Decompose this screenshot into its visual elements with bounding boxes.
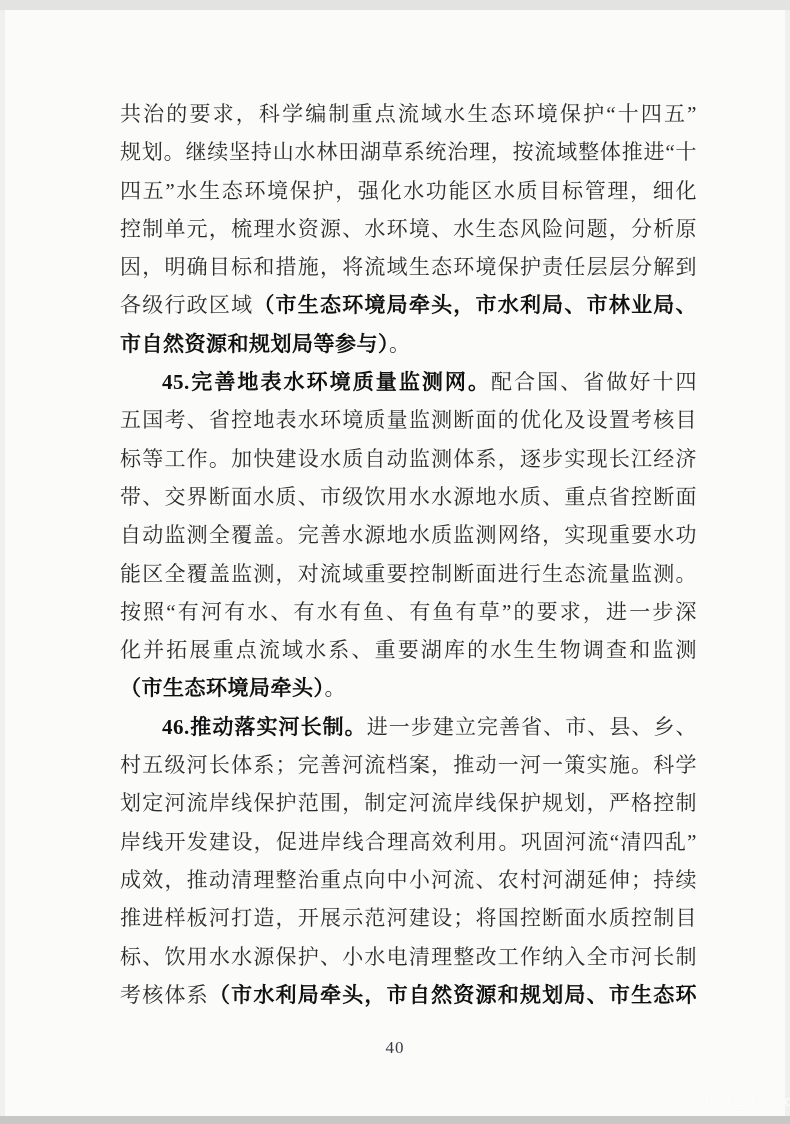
text-segment: 四五”水生态环境保护，强化水功能区水质目标管理，细化: [120, 179, 697, 203]
page-frame-bottom: [0, 1116, 790, 1124]
page-frame-left: [0, 10, 5, 1116]
text-segment: 带、交界断面水质、市级饮用水水源地水质、重点省控断面: [120, 485, 697, 509]
text-segment: 五国考、省控地表水环境质量监测断面的优化及设置考核目: [120, 408, 697, 432]
bold-text-segment: 45.完善地表水环境质量监测网。: [162, 370, 491, 394]
text-line: 能区全覆盖监测，对流域重要控制断面进行生态流量监测。: [120, 555, 697, 593]
text-line: 成效，推动清理整治重点向中小河流、农村河湖延伸；持续: [120, 861, 697, 899]
text-segment: 控制单元，梳理水资源、水环境、水生态风险问题，分析原: [120, 217, 697, 241]
text-line: 五国考、省控地表水环境质量监测断面的优化及设置考核目: [120, 401, 697, 439]
page-number: 40: [0, 1038, 790, 1058]
text-segment: 能区全覆盖监测，对流域重要控制断面进行生态流量监测。: [120, 562, 697, 586]
text-segment: 标、饮用水水源保护、小水电清理整改工作纳入全市河长制: [120, 945, 697, 969]
text-line: 因，明确目标和措施，将流域生态环境保护责任层层分解到: [120, 248, 697, 286]
text-segment: 推进样板河打造，开展示范河建设；将国控断面水质控制目: [120, 906, 697, 930]
bold-text-segment: （市生态环境局牵头）: [120, 676, 325, 700]
text-line: 控制单元，梳理水资源、水环境、水生态风险问题，分析原: [120, 210, 697, 248]
bold-text-segment: 市自然资源和规划局等参与）: [120, 332, 389, 356]
text-line: 自动监测全覆盖。完善水源地水质监测网络，实现重要水功: [120, 516, 697, 554]
page-frame-top: [0, 0, 790, 10]
text-line: 考核体系（市水利局牵头，市自然资源和规划局、市生态环: [120, 976, 697, 1014]
text-line: 岸线开发建设，促进岸线合理高效利用。巩固河流“清四乱”: [120, 823, 697, 861]
text-segment: 按照“有河有水、有水有鱼、有鱼有草”的要求，进一步深: [120, 600, 697, 624]
text-line: 45.完善地表水环境质量监测网。配合国、省做好十四: [120, 363, 697, 401]
text-line: （市生态环境局牵头）。: [120, 669, 697, 707]
text-line: 推进样板河打造，开展示范河建设；将国控断面水质控制目: [120, 899, 697, 937]
text-segment: 。: [325, 676, 347, 700]
text-segment: 共治的要求，科学编制重点流域水生态环境保护“十四五”: [120, 102, 697, 126]
text-segment: 化并拓展重点流域水系、重要湖库的水生生物调查和监测: [120, 638, 697, 662]
text-line: 46.推动落实河长制。进一步建立完善省、市、县、乡、: [120, 708, 697, 746]
text-line: 标、饮用水水源保护、小水电清理整改工作纳入全市河长制: [120, 938, 697, 976]
text-segment: 规划。继续坚持山水林田湖草系统治理，按流域整体推进“十: [120, 140, 697, 164]
text-line: 标等工作。加快建设水质自动监测体系，逐步实现长江经济: [120, 440, 697, 478]
text-line: 化并拓展重点流域水系、重要湖库的水生生物调查和监测: [120, 631, 697, 669]
text-line: 市自然资源和规划局等参与）。: [120, 325, 697, 363]
text-segment: 配合国、省做好十四: [491, 370, 697, 394]
text-line: 各级行政区域（市生态环境局牵头，市水利局、市林业局、: [120, 286, 697, 324]
text-segment: 进一步建立完善省、市、县、乡、: [367, 715, 697, 739]
text-segment: 成效，推动清理整治重点向中小河流、农村河湖延伸；持续: [120, 868, 697, 892]
text-line: 规划。继续坚持山水林田湖草系统治理，按流域整体推进“十: [120, 133, 697, 171]
text-segment: 村五级河长体系；完善河流档案，推动一河一策实施。科学: [120, 753, 697, 777]
text-segment: 岸线开发建设，促进岸线合理高效利用。巩固河流“清四乱”: [120, 830, 697, 854]
text-line: 村五级河长体系；完善河流档案，推动一河一策实施。科学: [120, 746, 697, 784]
bold-text-segment: （市生态环境局牵头，市水利局、市林业局、: [253, 293, 697, 317]
text-line: 按照“有河有水、有水有鱼、有鱼有草”的要求，进一步深: [120, 593, 697, 631]
text-line: 划定河流岸线保护范围，制定河流岸线保护规划，严格控制: [120, 784, 697, 822]
text-segment: 划定河流岸线保护范围，制定河流岸线保护规划，严格控制: [120, 791, 697, 815]
bold-text-segment: （市水利局牵头，市自然资源和规划局、市生态环: [209, 983, 697, 1007]
bold-text-segment: 46.推动落实河长制。: [162, 715, 367, 739]
text-segment: 自动监测全覆盖。完善水源地水质监测网络，实现重要水功: [120, 523, 697, 547]
watermark-text: dniii.co: [700, 1094, 790, 1111]
text-segment: 标等工作。加快建设水质自动监测体系，逐步实现长江经济: [120, 447, 697, 471]
text-segment: 。: [389, 332, 411, 356]
text-line: 带、交界断面水质、市级饮用水水源地水质、重点省控断面: [120, 478, 697, 516]
text-line: 共治的要求，科学编制重点流域水生态环境保护“十四五”: [120, 95, 697, 133]
page-frame-right: [785, 10, 790, 1116]
text-segment: 因，明确目标和措施，将流域生态环境保护责任层层分解到: [120, 255, 697, 279]
text-segment: 考核体系: [120, 983, 209, 1007]
text-segment: 各级行政区域: [120, 293, 253, 317]
document-lines: 共治的要求，科学编制重点流域水生态环境保护“十四五”规划。继续坚持山水林田湖草系…: [120, 95, 697, 1014]
text-line: 四五”水生态环境保护，强化水功能区水质目标管理，细化: [120, 172, 697, 210]
